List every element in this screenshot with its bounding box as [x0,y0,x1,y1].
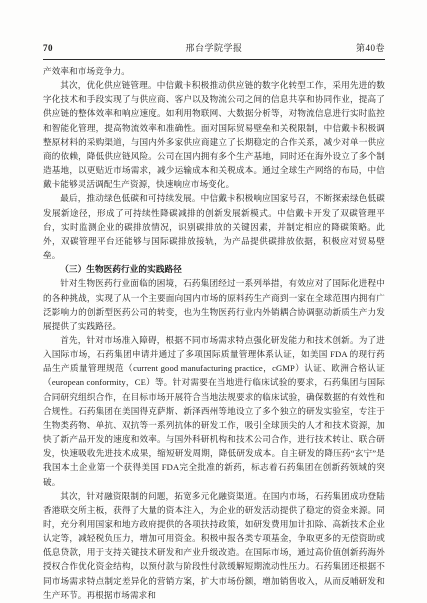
article-body: 产效率和市场竞争力。 其次，优化供应链管理。中信戴卡积极推动供应链的数字化转型工… [43,64,385,602]
page-number: 70 [43,43,83,53]
paragraph-financing: 其次，针对融资限制的问题，拓宽多元化融资渠道。在国内市场，石药集团成功登陆香港联… [43,489,385,602]
paragraph-green-lowcarbon: 最后，推动绿色低碳和可持续发展。中信戴卡积极响应国家号召，不断探索绿色低碳发展新… [43,191,385,262]
volume-label: 第40卷 [345,41,385,54]
paragraph-supply-chain: 其次，优化供应链管理。中信戴卡积极推动供应链的数字化转型工作，采用先进的数字化技… [43,78,385,191]
paragraph-market-access: 首先，针对市场准入障碍，根据不同市场需求特点强化研发能力和技术创新。为了进入国际… [43,333,385,489]
journal-title: 邢台学院学报 [83,41,345,54]
paragraph-biopharma-intro: 针对生物医药行业面临的困境，石药集团经过一系列举措，有效应对了国际化进程中的各种… [43,276,385,333]
section-heading-biopharma: （三）生物医药行业的实践路径 [43,262,385,276]
running-header: 70 邢台学院学报 第40卷 [43,41,385,60]
journal-page: 70 邢台学院学报 第40卷 产效率和市场竞争力。 其次，优化供应链管理。中信戴… [0,0,427,603]
paragraph-continuation: 产效率和市场竞争力。 [43,64,385,78]
